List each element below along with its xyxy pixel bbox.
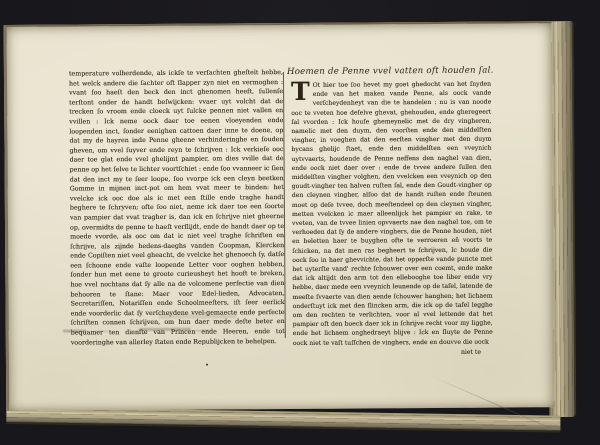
book-bottom-edge-pages bbox=[6, 407, 560, 433]
left-column-paragraph: temperature volherdende, als ickſe te ve… bbox=[69, 68, 285, 348]
drop-cap-initial: T bbox=[291, 82, 310, 101]
catchword: niet te bbox=[293, 347, 493, 358]
pencil-mark bbox=[139, 328, 191, 331]
photo-of-open-book: Hoemen de Penne vvel vatten oft houden ſ… bbox=[0, 0, 600, 445]
pencil-mark bbox=[95, 330, 109, 332]
section-heading: Hoemen de Penne vvel vatten oft houden ſ… bbox=[287, 66, 492, 77]
ink-speck bbox=[206, 364, 208, 366]
book-page: Hoemen de Penne vvel vatten oft houden ſ… bbox=[4, 21, 555, 411]
ink-offset-smudge bbox=[159, 313, 237, 319]
pencil-mark bbox=[63, 329, 87, 332]
pencil-annotation bbox=[61, 324, 221, 337]
right-column-paragraph: TOt hier toe ſoo hevet my goet ghedocht … bbox=[291, 80, 493, 348]
pencil-mark bbox=[195, 330, 211, 332]
right-column-body-text: Ot hier toe ſoo hevet my goet ghedocht v… bbox=[291, 81, 493, 347]
right-text-column: TOt hier toe ſoo hevet my goet ghedocht … bbox=[291, 80, 493, 358]
book-block: Hoemen de Penne vvel vatten oft houden ſ… bbox=[2, 19, 577, 424]
left-text-column: temperature volherdende, als ickſe te ve… bbox=[69, 68, 285, 348]
